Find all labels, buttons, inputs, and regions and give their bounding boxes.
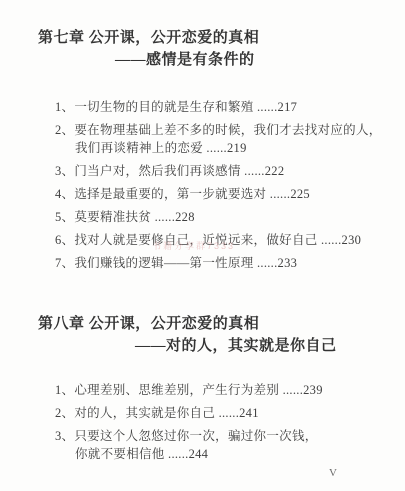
toc-entry-line: 1、一切生物的目的就是生存和繁殖 ......217 xyxy=(55,98,387,116)
chapter-8-section: 第八章 公开课，公开恋爱的真相 ——对的人，其实就是你自己 1、心理差别、思维差… xyxy=(38,313,387,463)
toc-entry-line: 3、门当户对，然后我们再谈感情 ......222 xyxy=(55,162,387,180)
toc-entry: 5、莫要精准扶贫 ......228 xyxy=(55,208,387,226)
chapter-8-entries: 1、心理差别、思维差别，产生行为差别 ......239 2、对的人，其实就是你… xyxy=(55,381,387,463)
toc-entry: 7、我们赚钱的逻辑——第一性原理 ......233 xyxy=(55,254,387,272)
toc-entry: 2、要在物理基础上差不多的时候，我们才去找对应的人， 我们再谈精神上的恋爱 ..… xyxy=(55,121,387,157)
chapter-subtitle: ——感情是有条件的 xyxy=(115,49,387,71)
toc-entry: 4、选择是最重要的，第一步就要选对 ......225 xyxy=(55,185,387,203)
toc-page: 第七章 公开课，公开恋爱的真相 ——感情是有条件的 1、一切生物的目的就是生存和… xyxy=(0,0,405,491)
toc-entry: 3、只要这个人忽悠过你一次，骗过你一次钱， 你就不要相信他 ......244 xyxy=(55,427,387,463)
toc-entry-line: 4、选择是最重要的，第一步就要选对 ......225 xyxy=(55,185,387,203)
toc-entry: 3、门当户对，然后我们再谈感情 ......222 xyxy=(55,162,387,180)
watermark: 书籍分享群7333 xyxy=(152,239,235,252)
toc-entry-line: 你就不要相信他 ......244 xyxy=(55,445,387,463)
chapter-title: 第八章 公开课，公开恋爱的真相 xyxy=(38,313,387,335)
toc-entry-line: 3、只要这个人忽悠过你一次，骗过你一次钱， xyxy=(55,427,387,445)
toc-content: 第七章 公开课，公开恋爱的真相 ——感情是有条件的 1、一切生物的目的就是生存和… xyxy=(0,0,405,463)
chapter-7-section: 第七章 公开课，公开恋爱的真相 ——感情是有条件的 1、一切生物的目的就是生存和… xyxy=(38,27,387,272)
toc-entry-line: 2、对的人，其实就是你自己 ......241 xyxy=(55,404,387,422)
toc-entry-line: 7、我们赚钱的逻辑——第一性原理 ......233 xyxy=(55,254,387,272)
toc-entry-line: 1、心理差别、思维差别，产生行为差别 ......239 xyxy=(55,381,387,399)
page-number: V xyxy=(329,467,337,479)
toc-entry: 1、心理差别、思维差别，产生行为差别 ......239 xyxy=(55,381,387,399)
chapter-subtitle: ——对的人，其实就是你自己 xyxy=(135,335,387,357)
chapter-title: 第七章 公开课，公开恋爱的真相 xyxy=(38,27,387,49)
toc-entry: 1、一切生物的目的就是生存和繁殖 ......217 xyxy=(55,98,387,116)
toc-entry-line: 我们再谈精神上的恋爱 ......219 xyxy=(55,139,387,157)
toc-entry: 2、对的人，其实就是你自己 ......241 xyxy=(55,404,387,422)
toc-entry-line: 2、要在物理基础上差不多的时候，我们才去找对应的人， xyxy=(55,121,387,139)
toc-entry-line: 5、莫要精准扶贫 ......228 xyxy=(55,208,387,226)
